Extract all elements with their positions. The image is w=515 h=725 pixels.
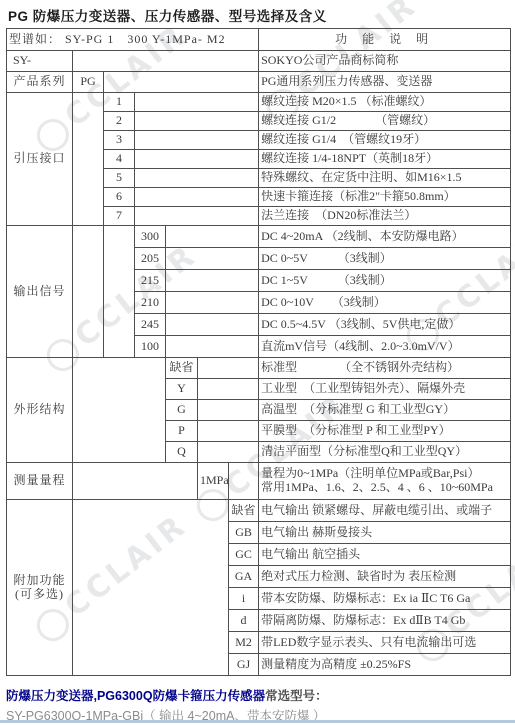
brand-desc-cell: SOKYO公司产品商标简称 [259,51,511,72]
additional-desc-cell: 绝对式压力检测、缺省时为 表压检测 [259,566,511,588]
footer-title-suffix: 常选型号： [265,689,328,703]
port-row: 引压接口 1 螺纹连接 M20×1.5 （标准螺纹） [7,93,511,112]
structure-code-cell: Q [166,442,198,463]
empty-cell [73,226,104,358]
header-function-desc: 功 能 说 明 [259,29,511,51]
port-desc-cell: 快速卡箍连接（标准2"卡箍50.8mm） [259,188,511,207]
structure-desc-cell: 标准型 （全不锈钢外壳结构） [259,358,511,379]
port-code-cell: 7 [104,207,135,226]
structure-desc-cell: 工业型 （工业型铸铝外壳）、隔爆外壳 [259,379,511,400]
empty-cell [135,131,259,150]
port-code-cell: 2 [104,112,135,131]
output-code-cell: 100 [135,336,166,358]
brand-code-cell: SY- [7,51,73,72]
empty-cell [198,358,259,379]
additional-desc-cell: 电气输出 锁紧螺母、屏蔽电缆引出、或端子 [259,500,511,522]
port-code-cell: 1 [104,93,135,112]
footer-common-models-title: 防爆压力变送器,PG6300Q防爆卡箍压力传感器常选型号： [6,686,328,704]
additional-desc-cell: 带隔离防爆、防爆标志：Ex dⅡB T4 Gb [259,610,511,632]
model-selection-table: 型谱如： SY-PG 1 300 Y-1MPa- M2 功 能 说 明 SY- … [6,28,511,676]
additional-desc-cell: 带本安防爆、防爆标志：Ex ia ⅡC T6 Ga [259,588,511,610]
empty-cell [73,51,259,72]
group-label-range: 测量量程 [7,463,73,500]
port-code-cell: 4 [104,150,135,169]
additional-code-cell: GC [229,544,259,566]
structure-code-cell: G [166,400,198,421]
range-row: 测量量程 1MPa 量程为0~1MPa（注明单位MPa或Bar,Psi） 常用1… [7,463,511,500]
empty-cell [198,421,259,442]
additional-desc-cell: 电气输出 航空插头 [259,544,511,566]
empty-cell [229,463,259,500]
range-code-cell: 1MPa [198,463,229,500]
port-desc-cell: 法兰连接 （DN20标准法兰） [259,207,511,226]
empty-cell [166,314,259,336]
footer-product-name: 防爆压力变送器,PG6300Q防爆卡箍压力传感器 [6,689,265,703]
output-desc-cell: 直流mV信号（4线制、2.0~3.0mV/V） [259,336,511,358]
empty-cell [166,248,259,270]
brand-row: SY- SOKYO公司产品商标简称 [7,51,511,72]
group-label-pressure-port: 引压接口 [7,93,73,226]
additional-code-cell: 缺省 [229,500,259,522]
structure-code-cell: P [166,421,198,442]
port-code-cell: 5 [104,169,135,188]
output-code-cell: 210 [135,292,166,314]
structure-code-cell: 缺省 [166,358,198,379]
additional-label-line1: 附加功能 [9,574,70,588]
structure-desc-cell: 清洁平面型（分标准型Q和工业型QY） [259,442,511,463]
structure-desc-cell: 高温型 （分标准型 G 和工业型GY） [259,400,511,421]
output-desc-cell: DC 4~20mA （2线制、本安防爆电路） [259,226,511,248]
empty-cell [104,226,135,358]
empty-cell [135,93,259,112]
range-desc-line2: 常用1MPa、1.6、2、2.5、4 、6 、10~60MPa [261,481,508,495]
empty-cell [198,400,259,421]
empty-cell [135,169,259,188]
header-row: 型谱如： SY-PG 1 300 Y-1MPa- M2 功 能 说 明 [7,29,511,51]
bottom-divider [0,720,515,723]
empty-cell [104,72,259,93]
additional-code-cell: GB [229,522,259,544]
additional-code-cell: GA [229,566,259,588]
empty-cell [166,292,259,314]
port-code-cell: 6 [104,188,135,207]
range-desc-line1: 量程为0~1MPa（注明单位MPa或Bar,Psi） [261,467,508,481]
additional-desc-cell: 带LED数字显示表头、只有电流输出可选 [259,632,511,654]
empty-cell [135,150,259,169]
page-title: PG 防爆压力变送器、压力传感器、型号选择及含义 [8,5,327,25]
port-desc-cell: 螺纹连接 G1/4 （管螺纹19牙） [259,131,511,150]
range-desc-cell: 量程为0~1MPa（注明单位MPa或Bar,Psi） 常用1MPa、1.6、2、… [259,463,511,500]
empty-cell [198,379,259,400]
structure-code-cell: Y [166,379,198,400]
series-row: 产品系列 PG PG通用系列压力传感器、变送器 [7,72,511,93]
empty-cell [73,500,229,676]
empty-cell [135,112,259,131]
empty-cell [73,358,166,463]
structure-desc-cell: 平膜型 （分标准型 P 和工业型PY） [259,421,511,442]
additional-code-cell: i [229,588,259,610]
series-desc-cell: PG通用系列压力传感器、变送器 [259,72,511,93]
additional-code-cell: GJ [229,654,259,676]
output-desc-cell: DC 1~5V （3线制） [259,270,511,292]
additional-row: 附加功能 (可多选) 缺省 电气输出 锁紧螺母、屏蔽电缆引出、或端子 [7,500,511,522]
additional-label-line2: (可多选) [9,588,70,602]
output-code-cell: 300 [135,226,166,248]
structure-row: 外形结构 缺省 标准型 （全不锈钢外壳结构） [7,358,511,379]
output-desc-cell: DC 0~5V （3线制） [259,248,511,270]
empty-cell [135,207,259,226]
output-row: 输出信号 300 DC 4~20mA （2线制、本安防爆电路） [7,226,511,248]
header-model-example: 型谱如： SY-PG 1 300 Y-1MPa- M2 [7,29,259,51]
empty-cell [166,270,259,292]
group-label-output-signal: 输出信号 [7,226,73,358]
group-label-additional: 附加功能 (可多选) [7,500,73,676]
output-code-cell: 245 [135,314,166,336]
output-code-cell: 215 [135,270,166,292]
port-code-cell: 3 [104,131,135,150]
port-desc-cell: 特殊螺纹、在定货中注明、如M16×1.5 [259,169,511,188]
port-desc-cell: 螺纹连接 M20×1.5 （标准螺纹） [259,93,511,112]
group-label-structure: 外形结构 [7,358,73,463]
output-code-cell: 205 [135,248,166,270]
empty-cell [198,442,259,463]
additional-code-cell: d [229,610,259,632]
empty-cell [166,336,259,358]
output-desc-cell: DC 0.5~4.5V （3线制、5V供电,定做） [259,314,511,336]
port-desc-cell: 螺纹连接 1/4-18NPT（英制18牙） [259,150,511,169]
empty-cell [135,188,259,207]
additional-code-cell: M2 [229,632,259,654]
port-desc-cell: 螺纹连接 G1/2 （管螺纹） [259,112,511,131]
empty-cell [73,463,198,500]
additional-desc-cell: 电气输出 赫斯曼接头 [259,522,511,544]
additional-desc-cell: 测量精度为高精度 ±0.25%FS [259,654,511,676]
series-code-cell: PG [73,72,104,93]
empty-cell [166,226,259,248]
series-label-cell: 产品系列 [7,72,73,93]
empty-cell [73,93,104,226]
output-desc-cell: DC 0~10V （3线制） [259,292,511,314]
